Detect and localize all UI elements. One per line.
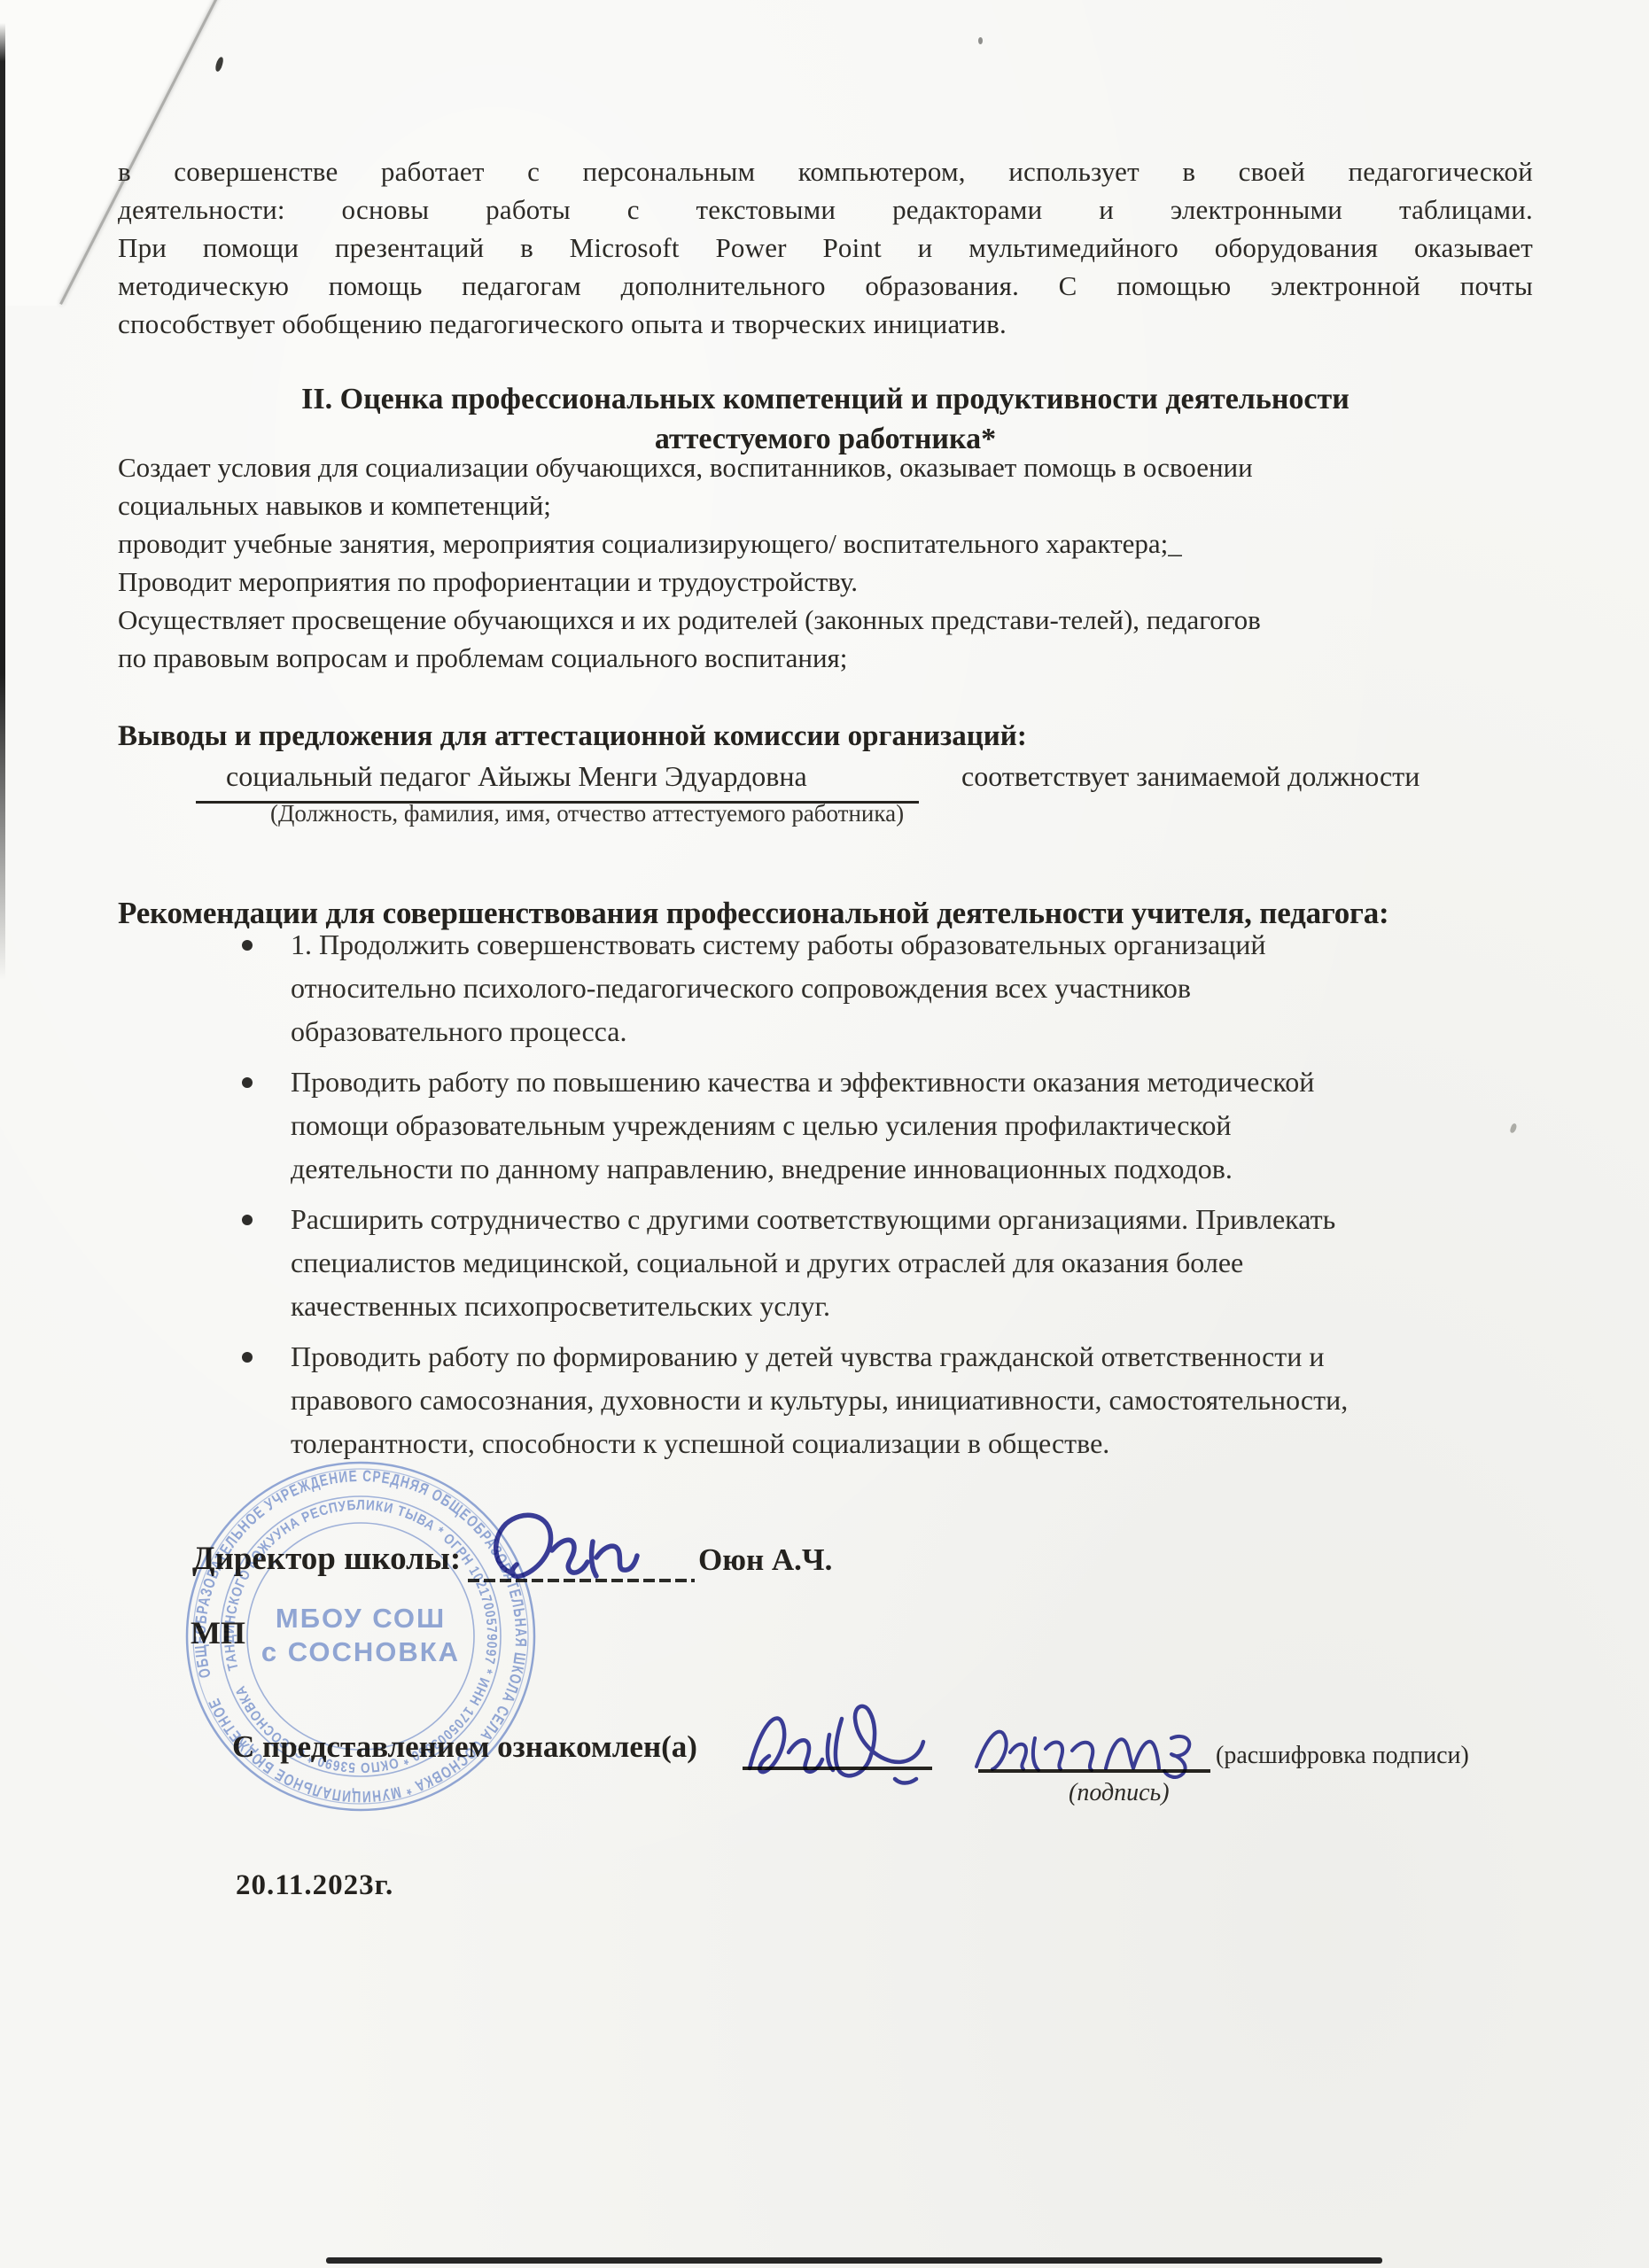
list-item: Проводить работу по формированию у детей… bbox=[118, 1335, 1518, 1465]
conclusions-filled-line: социальный педагог Айыжы Менги Эдуардовн… bbox=[118, 760, 1624, 804]
section-2-heading: II. Оценка профессиональных компетенций … bbox=[118, 379, 1533, 459]
stamp-center-line2: с СОСНОВКА bbox=[261, 1636, 460, 1667]
document-date: 20.11.2023г. bbox=[236, 1869, 393, 1902]
text-line: образовательного процесса. bbox=[291, 1010, 1518, 1053]
recommendation-text: Проводить работу по повышению качества и… bbox=[291, 1060, 1518, 1191]
text-line: правового самосознания, духовности и кул… bbox=[291, 1379, 1518, 1422]
text-line: Проводить работу по повышению качества и… bbox=[291, 1060, 1518, 1104]
acknowledgement-signature bbox=[743, 1699, 937, 1788]
recommendation-text: Расширить сотрудничество с другими соотв… bbox=[291, 1198, 1518, 1328]
bullet-icon bbox=[242, 1077, 253, 1088]
transcript-caption: (расшифровка подписи) bbox=[1216, 1742, 1469, 1770]
text-line: Расширить сотрудничество с другими соотв… bbox=[291, 1198, 1518, 1241]
conclusions-heading: Выводы и предложения для аттестационной … bbox=[118, 720, 1027, 753]
signature-caption: (подпись) bbox=[1069, 1779, 1170, 1807]
ink-speck bbox=[214, 56, 224, 72]
text-line: помощи образовательным учреждениям с цел… bbox=[291, 1104, 1518, 1147]
text-line: 1. Продолжить совершенствовать систему р… bbox=[291, 923, 1518, 967]
paragraph-line: социальных навыков и компетенций; bbox=[118, 486, 1553, 524]
text-line: специалистов медицинской, социальной и д… bbox=[291, 1241, 1518, 1285]
paragraph-line: Создает условия для социализации обучающ… bbox=[118, 448, 1553, 486]
bullet-icon bbox=[242, 940, 253, 951]
ink-speck bbox=[978, 37, 983, 44]
intro-paragraph: в совершенстве работает с персональным к… bbox=[118, 152, 1533, 343]
paragraph-line: способствует обобщению педагогического о… bbox=[118, 305, 1533, 343]
section-2-heading-line1: II. Оценка профессиональных компетенций … bbox=[118, 379, 1533, 419]
paragraph-line: деятельности: основы работы с текстовыми… bbox=[118, 190, 1533, 229]
paragraph-line: по правовым вопросам и проблемам социаль… bbox=[118, 639, 1553, 677]
recommendation-text: Проводить работу по формированию у детей… bbox=[291, 1335, 1518, 1465]
attested-person-underlined-value: социальный педагог Айыжы Менги Эдуардовн… bbox=[196, 760, 919, 804]
conclusion-result-text: соответствует занимаемой должности bbox=[961, 760, 1420, 792]
left-scan-edge-artifact bbox=[0, 23, 5, 980]
paragraph-line: проводит учебные занятия, мероприятия со… bbox=[118, 524, 1553, 563]
text-line: относительно психолого-педагогического с… bbox=[291, 967, 1518, 1010]
director-signature bbox=[483, 1504, 642, 1611]
paragraph-line: Осуществляет просвещение обучающихся и и… bbox=[118, 601, 1553, 639]
section-2-body: Создает условия для социализации обучающ… bbox=[118, 448, 1553, 677]
stamp-center-line1: МБОУ СОШ bbox=[276, 1603, 446, 1634]
bullet-icon bbox=[242, 1352, 253, 1363]
paragraph-line: в совершенстве работает с персональным к… bbox=[118, 152, 1533, 190]
text-line: деятельности по данному направлению, вне… bbox=[291, 1147, 1518, 1191]
bottom-scan-edge-artifact bbox=[326, 2257, 1382, 2264]
director-name: Оюн А.Ч. bbox=[698, 1542, 832, 1578]
text-line: качественных психопросветительских услуг… bbox=[291, 1285, 1518, 1328]
scanned-attestation-document: в совершенстве работает с персональным к… bbox=[0, 0, 1649, 2268]
bullet-icon bbox=[242, 1215, 253, 1225]
paragraph-line: Проводит мероприятия по профориентации и… bbox=[118, 563, 1553, 601]
conclusions-field-caption: (Должность, фамилия, имя, отчество аттес… bbox=[270, 800, 904, 827]
text-line: Проводить работу по формированию у детей… bbox=[291, 1335, 1518, 1379]
paragraph-line: При помощи презентаций в Microsoft Power… bbox=[118, 229, 1533, 267]
paragraph-line: методическую помощь педагогам дополнител… bbox=[118, 267, 1533, 305]
list-item: 1. Продолжить совершенствовать систему р… bbox=[118, 923, 1518, 1053]
recommendation-text: 1. Продолжить совершенствовать систему р… bbox=[291, 923, 1518, 1053]
list-item: Расширить сотрудничество с другими соотв… bbox=[118, 1198, 1518, 1328]
list-item: Проводить работу по повышению качества и… bbox=[118, 1060, 1518, 1191]
transcript-signature bbox=[968, 1715, 1216, 1782]
recommendations-list: 1. Продолжить совершенствовать систему р… bbox=[118, 923, 1518, 1472]
